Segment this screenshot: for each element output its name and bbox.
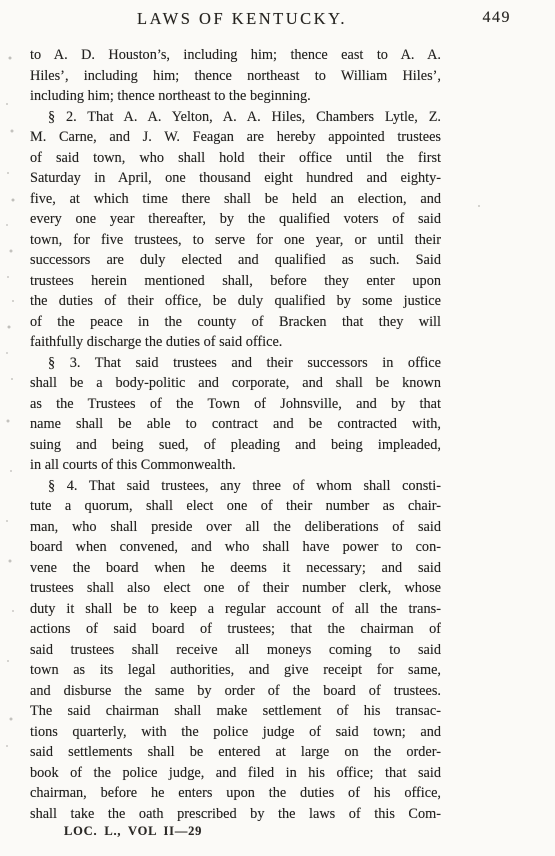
- text-line: town as its legal authorities, and give …: [30, 660, 441, 681]
- text-line: M. Carne, and J. W. Feagan are hereby ap…: [30, 127, 441, 148]
- text-body: to A. D. Houston’s, including him; thenc…: [30, 45, 441, 824]
- text-line: duty it shall be to keep a regular accou…: [30, 599, 441, 620]
- text-line: said settlements shall be entered at lar…: [30, 742, 441, 763]
- text-line: of the peace in the county of Bracken th…: [30, 312, 441, 333]
- text-line: book of the police judge, and filed in h…: [30, 763, 441, 784]
- page-number: 449: [483, 9, 512, 27]
- text-line: shall take the oath prescribed by the la…: [30, 804, 441, 825]
- text-line: tute a quorum, shall elect one of their …: [30, 496, 441, 517]
- text-line: Hiles’, including him; thence northeast …: [30, 66, 441, 87]
- text-line: trustees shall also elect one of their n…: [30, 578, 441, 599]
- scan-noise-specks: [0, 0, 2, 2]
- text-line: and disburse the same by order of the bo…: [30, 681, 441, 702]
- text-line: name shall be able to contract and be co…: [30, 414, 441, 435]
- text-line: chairman, before he enters upon the duti…: [30, 783, 441, 804]
- text-line: § 2. That A. A. Yelton, A. A. Hiles, Cha…: [30, 107, 441, 128]
- text-line: in all courts of this Commonwealth.: [30, 455, 441, 476]
- text-line: trustees herein mentioned shall, before …: [30, 271, 441, 292]
- text-line: of said town, who shall hold their offic…: [30, 148, 441, 169]
- text-line: said trustees shall receive all moneys c…: [30, 640, 441, 661]
- text-line: faithfully discharge the duties of said …: [30, 332, 441, 353]
- text-line: § 3. That said trustees and their succes…: [30, 353, 441, 374]
- text-line: man, who shall preside over all the deli…: [30, 517, 441, 538]
- printers-signature: LOC. L., VOL II—29: [64, 824, 202, 839]
- text-line: town, for five trustees, to serve for on…: [30, 230, 441, 251]
- text-line: successors are duly elected and qualifie…: [30, 250, 441, 271]
- text-line: shall be a body-politic and corporate, a…: [30, 373, 441, 394]
- text-line: to A. D. Houston’s, including him; thenc…: [30, 45, 441, 66]
- text-line: The said chairman shall make settlement …: [30, 701, 441, 722]
- text-line: actions of said board of trustees; that …: [30, 619, 441, 640]
- text-line: five, at which time there shall be held …: [30, 189, 441, 210]
- running-title: LAWS OF KENTUCKY.: [137, 9, 347, 29]
- text-line: vene the board when he deems it necessar…: [30, 558, 441, 579]
- text-line: tions quarterly, with the police judge o…: [30, 722, 441, 743]
- text-line: including him; thence northeast to the b…: [30, 86, 441, 107]
- text-line: every one year thereafter, by the qualif…: [30, 209, 441, 230]
- text-line: as the Trustees of the Town of Johnsvill…: [30, 394, 441, 415]
- text-line: suing and being sued, of pleading and be…: [30, 435, 441, 456]
- book-page: LAWS OF KENTUCKY. 449 to A. D. Houston’s…: [0, 0, 555, 856]
- page-header: LAWS OF KENTUCKY. 449: [0, 9, 555, 31]
- text-line: board when convened, and who shall have …: [30, 537, 441, 558]
- text-line: § 4. That said trustees, any three of wh…: [30, 476, 441, 497]
- text-line: the duties of their office, be duly qual…: [30, 291, 441, 312]
- text-line: Saturday in April, one thousand eight hu…: [30, 168, 441, 189]
